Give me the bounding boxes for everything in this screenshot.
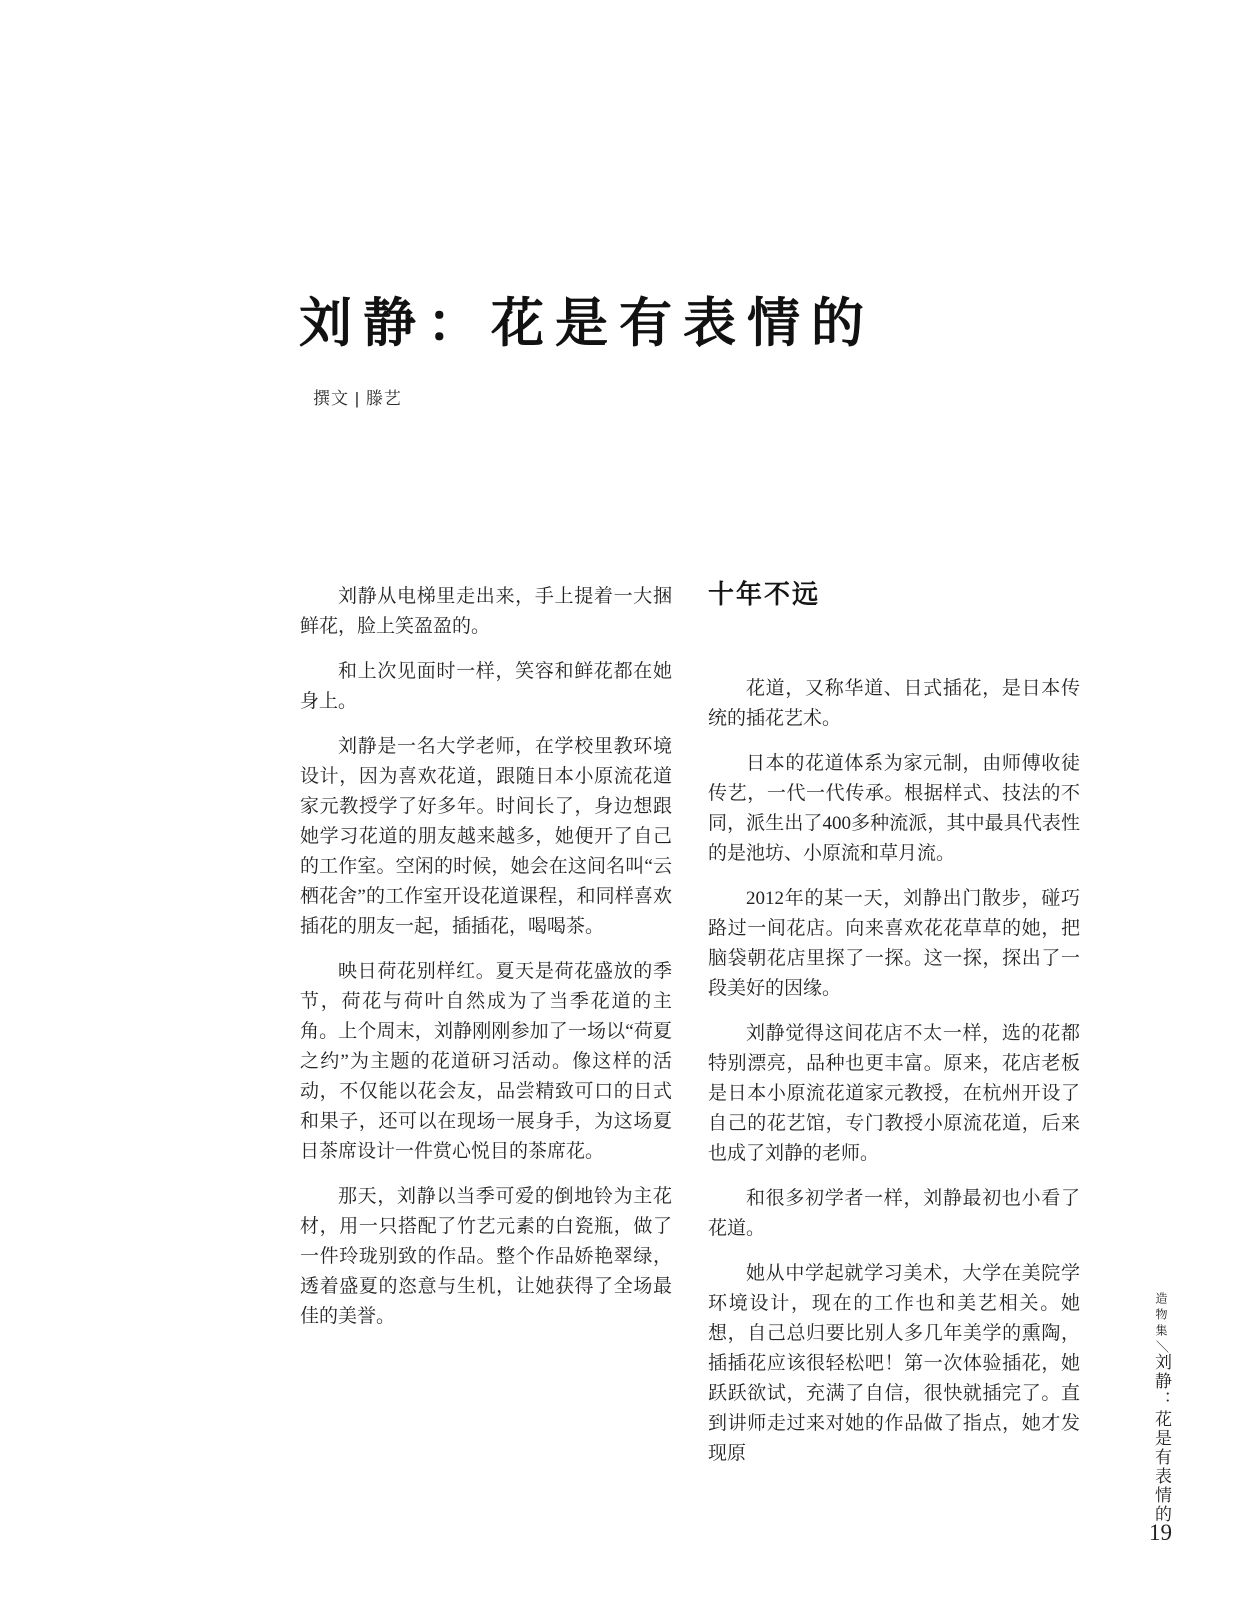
- paragraph: 日本的花道体系为家元制，由师傅收徒传艺，一代一代传承。根据样式、技法的不同，派生…: [708, 749, 1080, 869]
- paragraph: 映日荷花别样红。夏天是荷花盛放的季节，荷花与荷叶自然成为了当季花道的主角。上个周…: [300, 957, 672, 1167]
- series-label: 造物集: [1154, 1292, 1168, 1340]
- right-column: 十年不远 花道，又称华道、日式插花，是日本传统的插花艺术。 日本的花道体系为家元…: [708, 580, 1080, 1484]
- paragraph: 刘静觉得这间花店不太一样，选的花都特别漂亮，品种也更丰富。原来，花店老板是日本小…: [708, 1019, 1080, 1169]
- page-number: 19: [1149, 1520, 1172, 1546]
- paragraph: 那天，刘静以当季可爱的倒地铃为主花材，用一只搭配了竹艺元素的白瓷瓶，做了一件玲珑…: [300, 1182, 672, 1332]
- paragraph: 刘静从电梯里走出来，手上提着一大捆鲜花，脸上笑盈盈的。: [300, 582, 672, 642]
- page-title: 刘静：花是有表情的: [299, 294, 875, 355]
- paragraph: 和上次见面时一样，笑容和鲜花都在她身上。: [300, 657, 672, 717]
- left-column: 刘静从电梯里走出来，手上提着一大捆鲜花，脸上笑盈盈的。 和上次见面时一样，笑容和…: [300, 582, 672, 1347]
- magazine-page: 刘静：花是有表情的 撰文 | 滕艺 刘静从电梯里走出来，手上提着一大捆鲜花，脸上…: [0, 0, 1240, 1624]
- sidebar-article-title: 刘静：花是有表情的: [1152, 1353, 1171, 1524]
- paragraph: 花道，又称华道、日式插花，是日本传统的插花艺术。: [708, 674, 1080, 734]
- paragraph: 刘静是一名大学老师，在学校里教环境设计，因为喜欢花道，跟随日本小原流花道家元教授…: [300, 732, 672, 942]
- paragraph: 和很多初学者一样，刘静最初也小看了花道。: [708, 1184, 1080, 1244]
- paragraph: 2012年的某一天，刘静出门散步，碰巧路过一间花店。向来喜欢花花草草的她，把脑袋…: [708, 884, 1080, 1004]
- section-heading: 十年不远: [708, 580, 1080, 610]
- byline: 撰文 | 滕艺: [313, 384, 402, 409]
- paragraph: 她从中学起就学习美术，大学在美院学环境设计，现在的工作也和美艺相关。她想，自己总…: [708, 1259, 1080, 1469]
- slash-separator: ＼: [1154, 1340, 1169, 1353]
